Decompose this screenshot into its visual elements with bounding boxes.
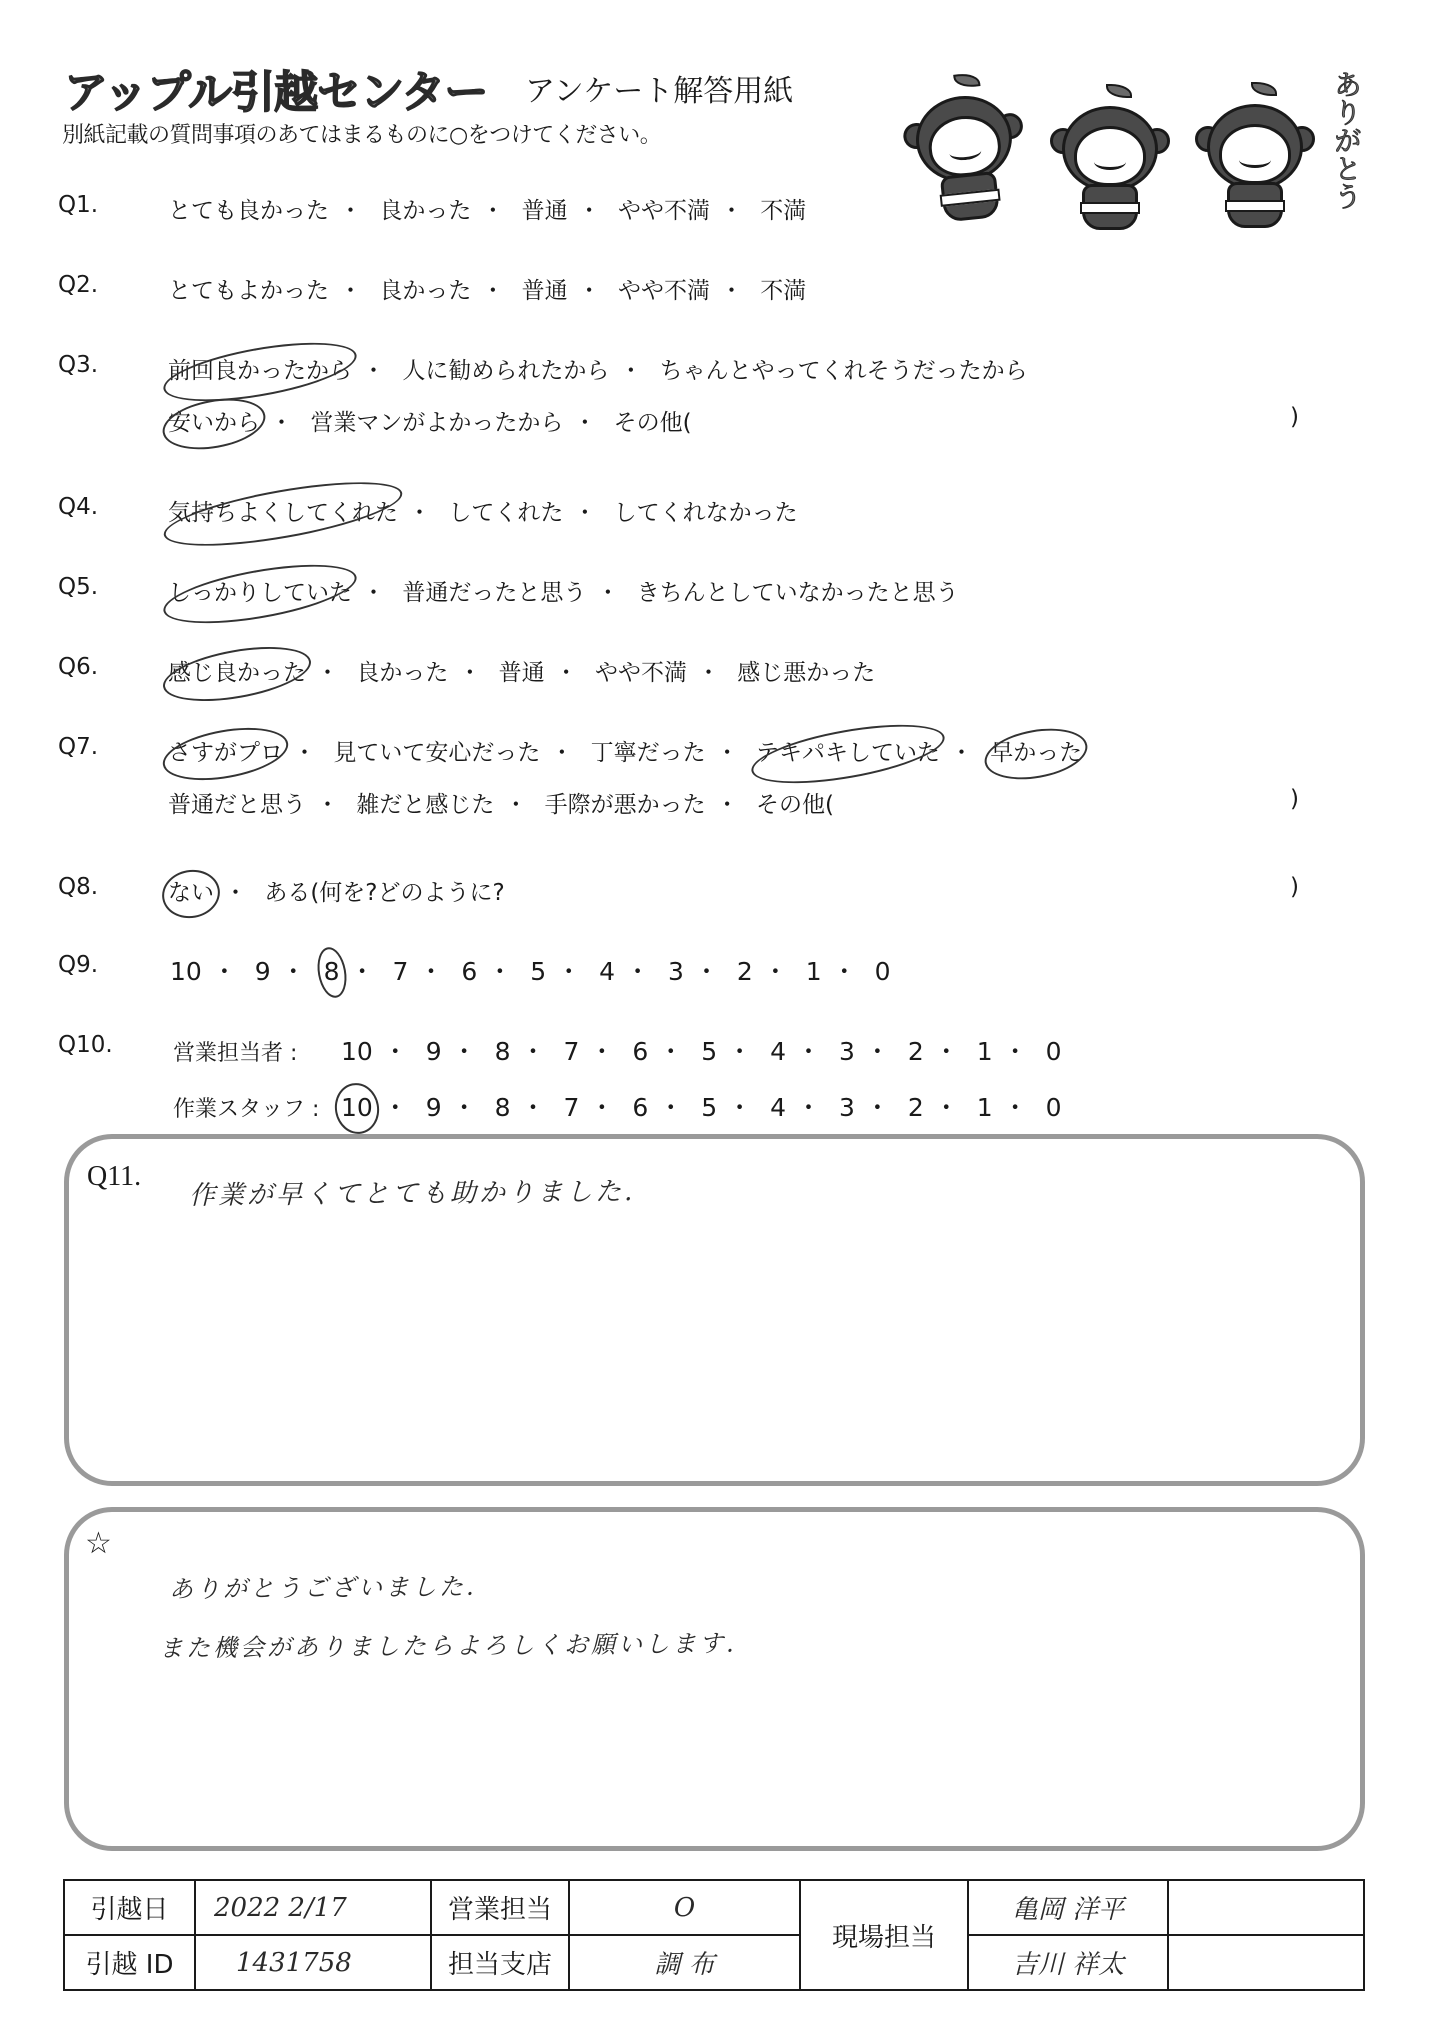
option[interactable]: やや不満 [618, 278, 710, 304]
question-label: Q10. [58, 1032, 158, 1058]
comment-line: ありがとうございました. [169, 1567, 477, 1605]
option[interactable]: ちゃんとやってくれそうだったから [660, 358, 1028, 384]
option[interactable]: 普通だと思う [168, 792, 306, 818]
scale-option[interactable]: 3 [839, 1093, 855, 1122]
option-circled[interactable]: 前回良かったから [168, 358, 352, 384]
scale-option[interactable]: 8 [495, 1037, 511, 1066]
scale-option[interactable]: 10 [170, 957, 202, 986]
mascot-caption: ありがとう [1327, 70, 1361, 210]
option[interactable]: 手際が悪かった [545, 792, 706, 818]
site-staff-label: 現場担当 [800, 1880, 968, 1990]
scale-option[interactable]: 0 [1046, 1037, 1062, 1066]
scale-option[interactable]: 7 [393, 957, 409, 986]
option-circled[interactable]: さすがプロ [168, 740, 283, 766]
scale-option-circled[interactable]: 10 [341, 1093, 373, 1122]
option-circled[interactable]: 感じ良かった [168, 660, 306, 686]
scale-option[interactable]: 4 [770, 1037, 786, 1066]
scale-option[interactable]: 4 [599, 957, 615, 986]
option[interactable]: 良かった [379, 278, 471, 304]
scale-option[interactable]: 9 [255, 957, 271, 986]
site-staff-extra-1[interactable] [1168, 1880, 1364, 1935]
scale-option[interactable]: 7 [563, 1037, 579, 1066]
mascot-icon [1050, 84, 1170, 234]
branch-label: 担当支店 [431, 1935, 569, 1990]
branch-value[interactable]: 調 布 [569, 1935, 800, 1990]
scale-option[interactable]: 8 [495, 1093, 511, 1122]
question-label: Q6. [58, 654, 158, 680]
option[interactable]: やや不満 [618, 198, 710, 224]
option[interactable]: 丁寧だった [591, 740, 706, 766]
question-label: Q3. [58, 352, 158, 378]
scale-option[interactable]: 5 [701, 1037, 717, 1066]
move-info-table: 引越日 2022 2/17 営業担当 O 現場担当 亀岡 洋平 引越 ID 14… [63, 1879, 1365, 1991]
scale-option[interactable]: 2 [737, 957, 753, 986]
option[interactable]: 営業マンがよかったから [310, 410, 563, 436]
option-other[interactable]: その他( [756, 792, 834, 818]
instruction-text: 別紙記載の質問事項のあてはまるものに○をつけてください。 [62, 118, 661, 149]
option-circled[interactable]: テキパキしていた [756, 740, 940, 766]
q11-label: Q11. [87, 1161, 141, 1193]
scale-option[interactable]: 1 [977, 1037, 993, 1066]
option[interactable]: 良かった [356, 660, 448, 686]
star-icon: ☆ [85, 1526, 112, 1561]
option[interactable]: 雑だと感じた [356, 792, 494, 818]
paren-close: ) [1290, 404, 1299, 430]
option[interactable]: ある(何を?どのように? [264, 880, 504, 906]
sales-label: 営業担当 [431, 1880, 569, 1935]
option-circled[interactable]: 気持ちよくしてくれた [168, 500, 398, 526]
scale-option[interactable]: 1 [806, 957, 822, 986]
mascot-illustration: ありがとう [895, 60, 1365, 240]
paren-close: ) [1290, 874, 1299, 900]
option[interactable]: 人に勧められたから [402, 358, 609, 384]
sales-value[interactable]: O [569, 1880, 800, 1935]
option[interactable]: してくれた [448, 500, 563, 526]
option-other[interactable]: その他( [614, 410, 692, 436]
scale-option[interactable]: 9 [426, 1093, 442, 1122]
scale-option[interactable]: 0 [1046, 1093, 1062, 1122]
scale-option[interactable]: 4 [770, 1093, 786, 1122]
option[interactable]: 不満 [760, 278, 806, 304]
comment-line: また機会がありましたらよろしくお願いします. [159, 1623, 737, 1663]
option[interactable]: とてもよかった [168, 278, 329, 304]
q11-answer: 作業が早くてとても助かりました. [189, 1171, 636, 1212]
scale-option[interactable]: 7 [563, 1093, 579, 1122]
option[interactable]: 普通だったと思う [402, 580, 586, 606]
option[interactable]: 良かった [379, 198, 471, 224]
mascot-icon [1195, 82, 1315, 232]
scale-option[interactable]: 6 [632, 1093, 648, 1122]
scale-option[interactable]: 5 [701, 1093, 717, 1122]
question-label: Q9. [58, 952, 158, 978]
question-label: Q1. [58, 192, 158, 218]
site-staff-extra-2[interactable] [1168, 1935, 1364, 1990]
option[interactable]: やや不満 [595, 660, 687, 686]
option-circled[interactable]: ない [168, 880, 214, 906]
scale-option[interactable]: 9 [426, 1037, 442, 1066]
option[interactable]: 見ていて安心だった [333, 740, 540, 766]
scale-option[interactable]: 5 [530, 957, 546, 986]
question-label: Q5. [58, 574, 158, 600]
scale-option-circled[interactable]: 8 [324, 957, 340, 986]
scale-option[interactable]: 2 [908, 1093, 924, 1122]
move-id-label: 引越 ID [64, 1935, 195, 1990]
move-date-label: 引越日 [64, 1880, 195, 1935]
question-label: Q8. [58, 874, 158, 900]
scale-sub-label: 営業担当者 : [173, 1036, 333, 1067]
option[interactable]: 普通 [522, 278, 568, 304]
scale-option[interactable]: 2 [908, 1037, 924, 1066]
option-circled[interactable]: 早かった [990, 740, 1082, 766]
q11-answer-box[interactable]: Q11. 作業が早くてとても助かりました. [64, 1134, 1365, 1486]
option-circled[interactable]: しっかりしていた [168, 580, 352, 606]
scale-option[interactable]: 10 [341, 1037, 373, 1066]
option[interactable]: 不満 [760, 198, 806, 224]
company-name: アップル引越センター [64, 56, 487, 120]
scale-option[interactable]: 1 [977, 1093, 993, 1122]
option[interactable]: してくれなかった [614, 500, 798, 526]
option[interactable]: 普通 [522, 198, 568, 224]
question-label: Q4. [58, 494, 158, 520]
scale-option[interactable]: 6 [632, 1037, 648, 1066]
paren-close: ) [1290, 786, 1299, 812]
form-title: アンケート解答用紙 [525, 66, 793, 110]
question-label: Q2. [58, 272, 158, 298]
option[interactable]: きちんとしていなかったと思う [637, 580, 959, 606]
scale-sub-label: 作業スタッフ : [173, 1092, 333, 1123]
scale-option[interactable]: 3 [839, 1037, 855, 1066]
option-circled[interactable]: 安いから [168, 410, 260, 436]
move-id-value[interactable]: 1431758 [195, 1935, 431, 1990]
question-label: Q7. [58, 734, 158, 760]
comments-box[interactable]: ☆ ありがとうございました. また機会がありましたらよろしくお願いします. [64, 1507, 1365, 1851]
mascot-icon [897, 68, 1032, 230]
scale-option[interactable]: 3 [668, 957, 684, 986]
option[interactable]: とても良かった [168, 198, 329, 224]
site-staff-1[interactable]: 亀岡 洋平 [968, 1880, 1168, 1935]
scale-option[interactable]: 6 [461, 957, 477, 986]
site-staff-2[interactable]: 吉川 祥太 [968, 1935, 1168, 1990]
scale-option[interactable]: 0 [875, 957, 891, 986]
option[interactable]: 普通 [499, 660, 545, 686]
option[interactable]: 感じ悪かった [737, 660, 875, 686]
move-date-value[interactable]: 2022 2/17 [195, 1880, 431, 1935]
